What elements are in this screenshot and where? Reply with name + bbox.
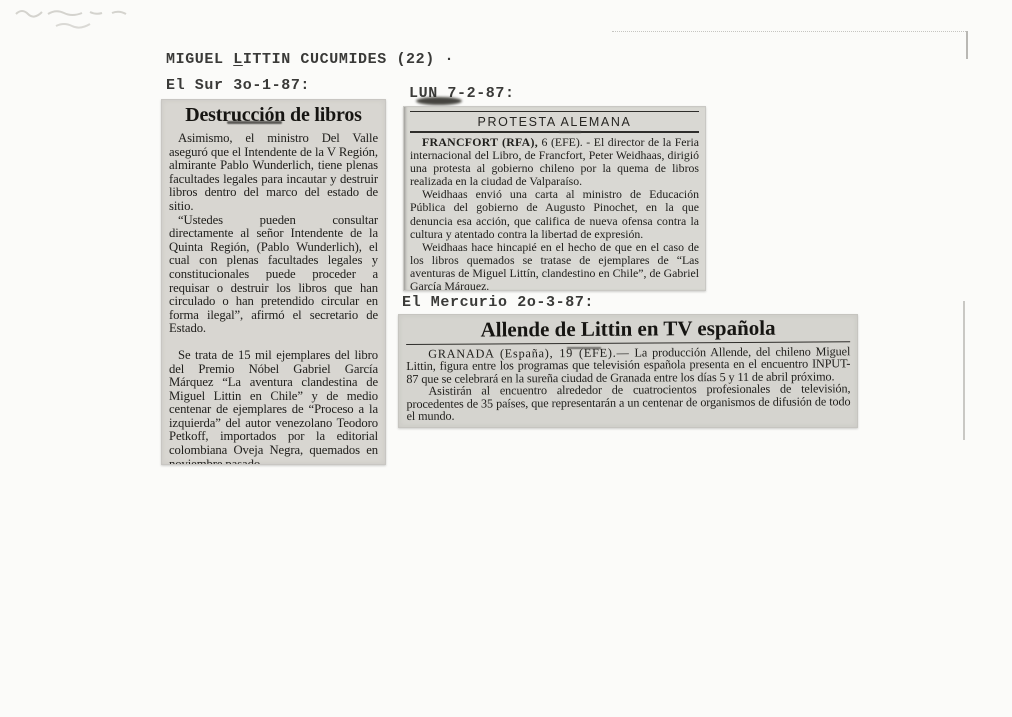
scan-artifact-right-line bbox=[963, 301, 965, 440]
clipping-headline-allende: Allende de Littin en TV española bbox=[406, 315, 850, 342]
dateline-lead: FRANCFORT (RFA), bbox=[422, 135, 538, 149]
news-paragraph: Asistirán al encuentro alrededor de cuat… bbox=[406, 383, 850, 423]
news-paragraph: Weidhaas hace hincapié en el hecho de qu… bbox=[410, 241, 699, 291]
efe-overline-mark bbox=[567, 347, 601, 349]
news-paragraph: GRANADA (España), 19 (EFE).— La producci… bbox=[406, 345, 850, 385]
clipping-kicker-title: PROTESTA ALEMANA bbox=[410, 112, 699, 131]
clipping-allende-tv-espanola: Allende de Littin en TV española GRANADA… bbox=[398, 314, 858, 428]
typed-heading: MIGUEL LITTIN CUCUMIDES (22) · bbox=[166, 51, 454, 68]
ink-smudge-artifact bbox=[416, 97, 462, 105]
scan-artifact-dotted-line bbox=[612, 31, 968, 32]
clipping-destruccion-de-libros: Destrucción de libros Asimismo, el minis… bbox=[161, 99, 386, 465]
kicker-smudge-mark bbox=[559, 131, 581, 133]
news-paragraph: FRANCFORT (RFA), 6 (EFE). - El director … bbox=[410, 136, 699, 188]
typed-heading-underlined-letter: L bbox=[233, 51, 243, 68]
headline-underline-mark bbox=[227, 121, 282, 124]
clipping-body: Allende de Littin en TV española GRANADA… bbox=[406, 315, 851, 422]
typed-source-el-mercurio: El Mercurio 2o-3-87: bbox=[402, 294, 594, 311]
scanned-page: MIGUEL LITTIN CUCUMIDES (22) · El Sur 3o… bbox=[0, 0, 1012, 717]
news-paragraph: Weidhaas envió una carta al ministro de … bbox=[410, 188, 699, 240]
typed-heading-part1: MIGUEL bbox=[166, 51, 233, 68]
news-paragraph: “Ustedes pueden consultar directamente a… bbox=[169, 214, 378, 336]
typed-source-el-sur: El Sur 3o-1-87: bbox=[166, 77, 310, 94]
kicker-rule-bottom bbox=[410, 131, 699, 133]
clipping-protesta-alemana: PROTESTA ALEMANA FRANCFORT (RFA), 6 (EFE… bbox=[403, 106, 706, 291]
news-paragraph: Asimismo, el ministro Del Valle aseguró … bbox=[169, 132, 378, 214]
clipping-kicker-box: PROTESTA ALEMANA bbox=[410, 111, 699, 133]
pencil-scribble-artifact bbox=[12, 4, 152, 34]
scan-artifact-corner-line bbox=[966, 31, 968, 59]
news-paragraph: Se trata de 15 mil ejemplares del libro … bbox=[169, 349, 378, 465]
typed-heading-part2: ITTIN CUCUMIDES (22) · bbox=[243, 51, 454, 68]
